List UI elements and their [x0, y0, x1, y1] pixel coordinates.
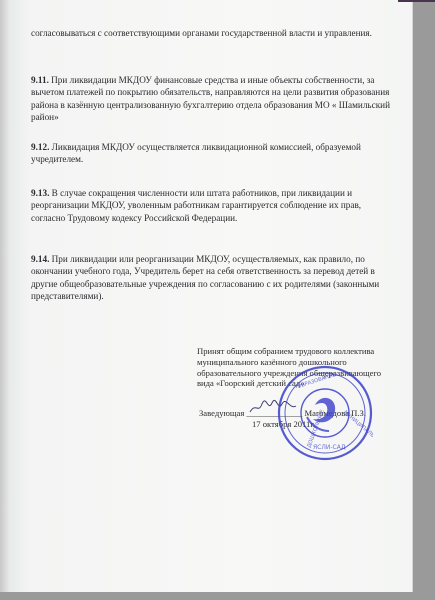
- stamp-inner-text: ЯСЛИ-САД: [313, 444, 346, 451]
- clause-text: В случае сокращения численности или штат…: [31, 188, 361, 223]
- intro-continuation: согласовываться с соответствующими орган…: [31, 27, 391, 39]
- clause-9-13: 9.13. В случае сокращения численности ил…: [31, 187, 391, 224]
- clause-text: При ликвидации МКДОУ финансовые средства…: [31, 75, 390, 122]
- clause-9-14: 9.14. При ликвидации или реорганизации М…: [31, 253, 391, 303]
- clause-number: 9.13.: [31, 188, 49, 198]
- clause-number: 9.12.: [31, 142, 49, 152]
- clause-text: Ликвидация МКДОУ осуществляется ликвидац…: [31, 142, 361, 164]
- svg-text:ДОШКОЛЬНОЕ: ДОШКОЛЬНОЕ: [306, 409, 325, 449]
- clause-9-12: 9.12. Ликвидация МКДОУ осуществляется ли…: [31, 141, 391, 166]
- clause-text: При ликвидации или реорганизации МКДОУ, …: [31, 254, 379, 301]
- svg-text:ОБРАЗОВАНИЕ: ОБРАЗОВАНИЕ: [297, 372, 337, 390]
- svg-text:МУНИЦИПАЛЬНОЕ: МУНИЦИПАЛЬНОЕ: [342, 410, 373, 446]
- clause-number: 9.11.: [31, 75, 49, 85]
- clause-9-11: 9.11. При ликвидации МКДОУ финансовые ср…: [31, 74, 391, 124]
- clause-number: 9.14.: [31, 254, 49, 264]
- document-page: согласовываться с соответствующими орган…: [0, 0, 413, 592]
- scan-edge: [398, 0, 435, 2]
- official-seal-icon: ОБРАЗОВАНИЕ МУНИЦИПАЛЬНОЕ ЯСЛИ-САД ДОШКО…: [277, 365, 373, 461]
- signer-label: Заведующая: [199, 408, 244, 418]
